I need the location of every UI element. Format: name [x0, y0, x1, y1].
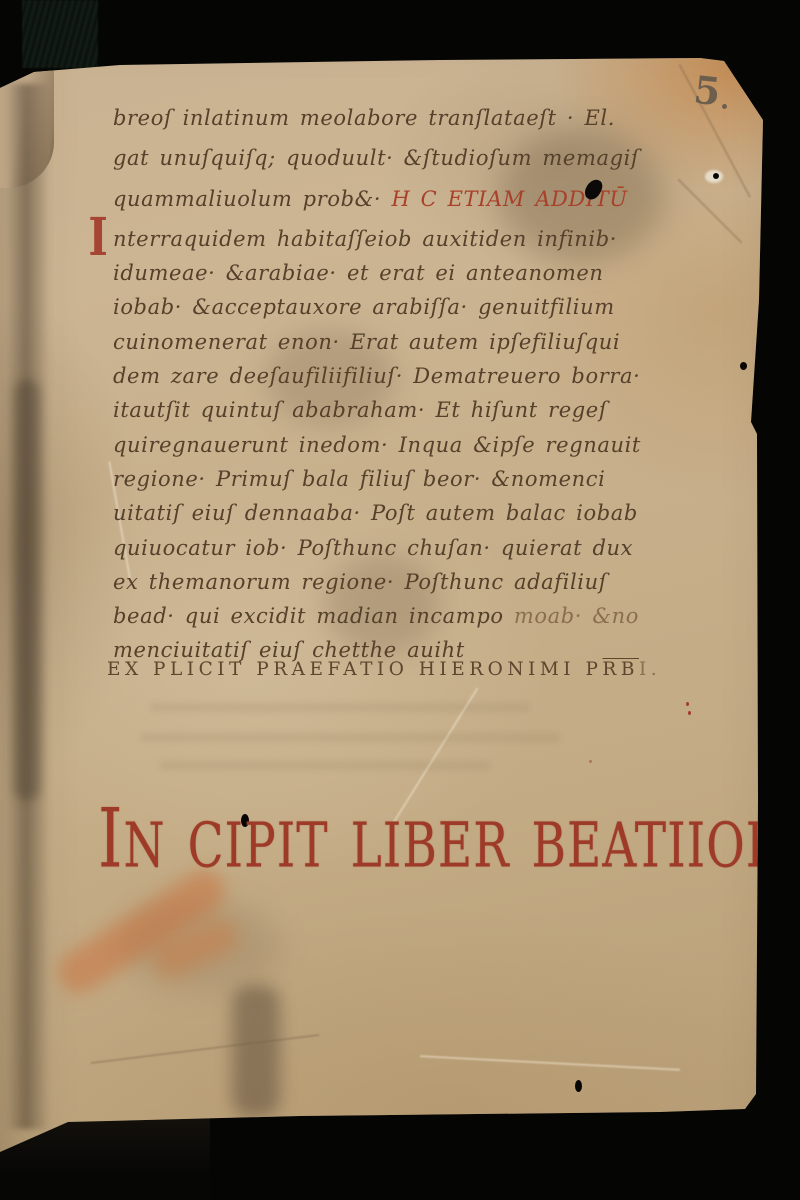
text-showthrough — [150, 703, 530, 712]
binding-cloth — [22, 0, 98, 68]
text-line-9: itautſit quintuſ ababraham· Et hiſunt re… — [113, 395, 673, 429]
manuscript-page: 5 breoſ inlatinum meolabore tranſlataeſt… — [0, 0, 800, 1200]
red-ink-speck — [686, 702, 689, 706]
text-line-7: cuinomenerat enon· Erat autem ipſefiliuſ… — [113, 327, 673, 361]
folio-number: 5 — [692, 67, 723, 115]
text-showthrough — [160, 761, 490, 770]
text-line-15: bead· qui excidit madian incampo moab· &… — [113, 601, 673, 635]
text-line-5: idumeae· &arabiae· et erat ei anteanomen — [113, 258, 673, 292]
worm-hole — [713, 173, 719, 179]
text-showthrough — [140, 733, 560, 742]
text-line-13: quiuocatur iob· Poſthunc chuſan· quierat… — [113, 533, 673, 567]
crease-line — [678, 178, 743, 243]
crease-line — [91, 1034, 319, 1064]
pencil-dot — [722, 104, 727, 109]
worm-hole — [575, 1080, 582, 1092]
text-line-10: quiregnauerunt inedom· Inqua &ipſe regna… — [113, 430, 673, 464]
dark-smudge — [232, 985, 280, 1117]
red-ink-speck — [688, 711, 691, 715]
red-ink-speck — [589, 760, 592, 763]
text-line-6: iobab· &acceptauxore arabiſſa· genuitfil… — [113, 292, 673, 326]
photo-background: 5 breoſ inlatinum meolabore tranſlataeſt… — [0, 0, 800, 1200]
gutter-smudge — [14, 380, 40, 800]
text-line-11: regione· Primuſ bala filiuſ beor· &nomen… — [113, 464, 673, 498]
crease-line — [420, 1055, 680, 1070]
explicit-line: EX PLICIT PRAEFATIO HIERONIMI PRBI. — [107, 659, 661, 680]
initial-letter: I — [88, 212, 107, 264]
incipit-title: IN CIPIT LIBER BEATIIOB · — [98, 790, 738, 886]
worm-hole — [740, 362, 747, 370]
text-line-2: gat unuſquiſq; quoduult· &ſtudioſum mema… — [113, 143, 673, 177]
text-line-12: uitatiſ eiuſ dennaaba· Poſt autem balac … — [113, 498, 673, 532]
text-line-1: breoſ inlatinum meolabore tranſlataeſt ·… — [113, 103, 673, 137]
text-line-14: ex themanorum regione· Poſthunc adafiliu… — [113, 567, 673, 601]
text-line-4: nterraquidem habitaſſeiob auxitiden infi… — [113, 224, 673, 258]
text-line-8: dem zare deeſaufiliifiliuſ· Dematreuero … — [113, 361, 673, 395]
